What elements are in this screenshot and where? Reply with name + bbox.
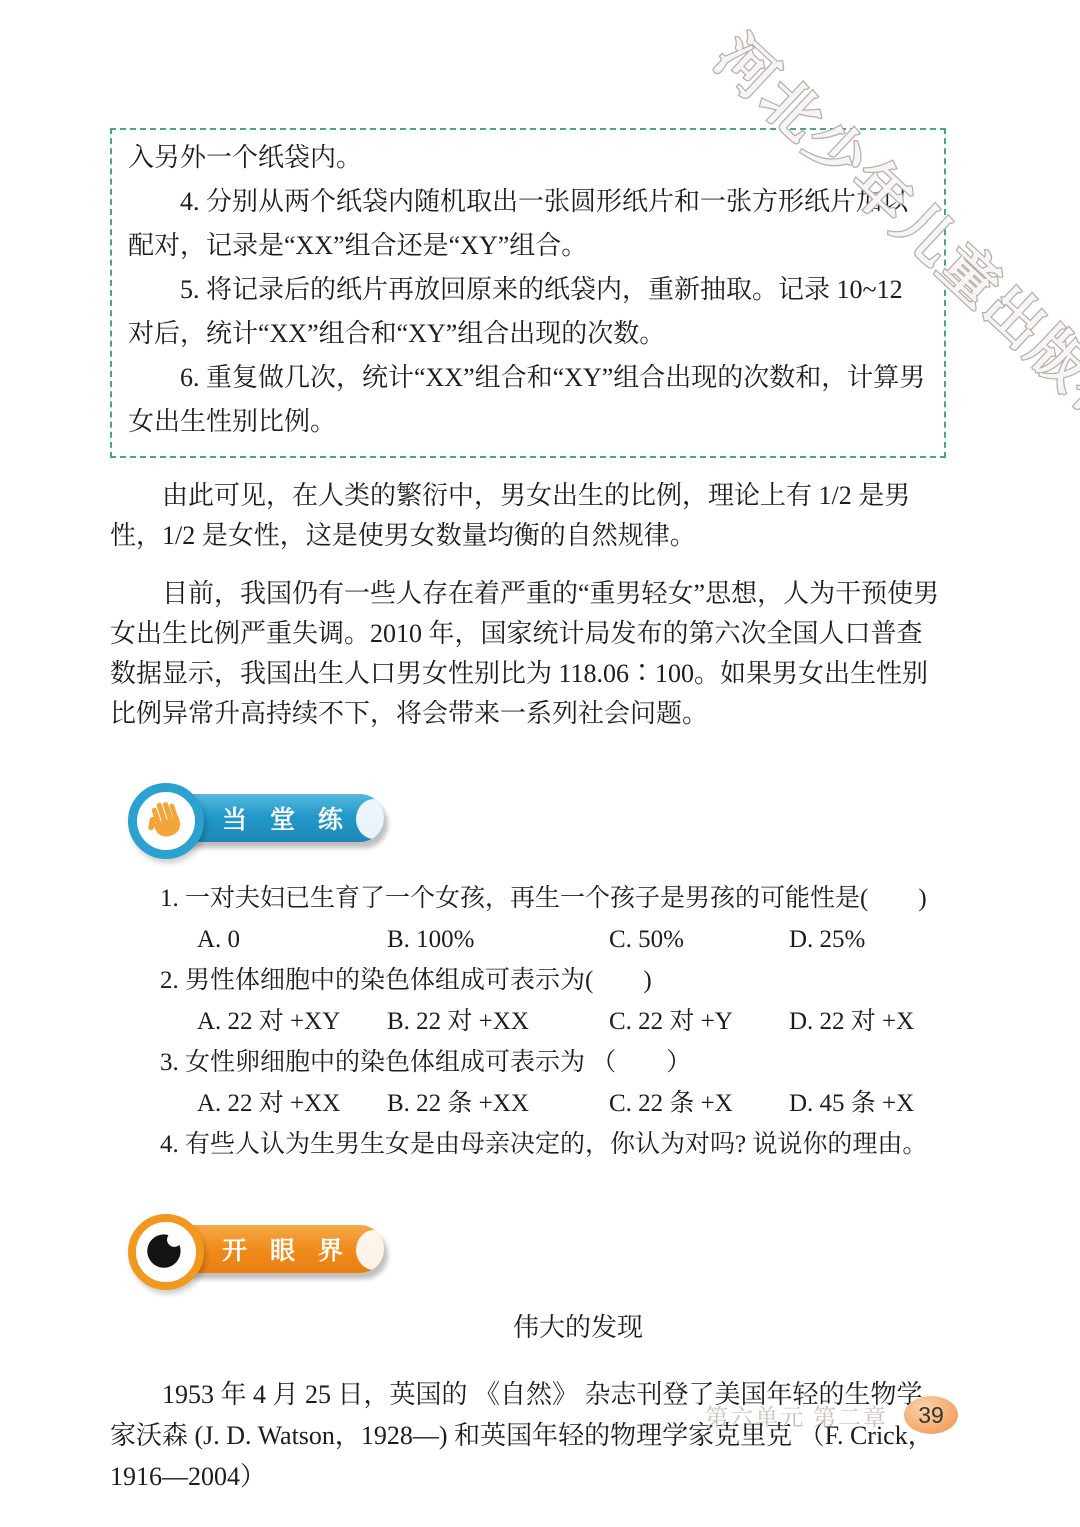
question-3: 3. 女性卵细胞中的染色体组成可表示为 （ ） bbox=[160, 1042, 946, 1083]
option-b: B. 22 条 +XX bbox=[387, 1083, 609, 1124]
page-content: 入另外一个纸袋内。 4. 分别从两个纸袋内随机取出一张圆形纸片和一张方形纸片加以… bbox=[110, 128, 946, 1497]
experiment-step-continuation: 入另外一个纸袋内。 bbox=[128, 136, 928, 180]
footer-chapter-label: 第六单元 第二章 bbox=[705, 1399, 888, 1432]
option-b: B. 100% bbox=[387, 919, 609, 960]
question-2-options: A. 22 对 +XY B. 22 对 +XX C. 22 对 +Y D. 22… bbox=[197, 1001, 946, 1042]
question-1: 1. 一对夫妇已生育了一个女孩，再生一个孩子是男孩的可能性是( ) bbox=[160, 878, 946, 919]
pill-highlight bbox=[356, 799, 384, 839]
article-title: 伟大的发现 bbox=[210, 1307, 946, 1344]
option-c: C. 50% bbox=[609, 919, 789, 960]
option-c: C. 22 对 +Y bbox=[609, 1001, 789, 1042]
hand-icon bbox=[143, 796, 189, 847]
practice-banner-label: 当 堂 练 bbox=[222, 800, 351, 836]
option-d: D. 25% bbox=[789, 919, 946, 960]
option-d: D. 45 条 +X bbox=[789, 1083, 946, 1124]
option-b: B. 22 对 +XX bbox=[387, 1001, 609, 1042]
paragraph-census-data: 目前，我国仍有一些人存在着严重的“重男轻女”思想，人为干预使男女出生比例严重失调… bbox=[110, 574, 946, 734]
option-a: A. 22 对 +XY bbox=[197, 1001, 387, 1042]
experiment-step-5: 5. 将记录后的纸片再放回原来的纸袋内，重新抽取。记录 10~12 对后，统计“… bbox=[128, 268, 928, 356]
practice-questions: 1. 一对夫妇已生育了一个女孩，再生一个孩子是男孩的可能性是( ) A. 0 B… bbox=[160, 878, 946, 1165]
paragraph-sex-ratio-theory: 由此可见，在人类的繁衍中，男女出生的比例，理论上有 1/2 是男性，1/2 是女… bbox=[110, 476, 946, 556]
option-c: C. 22 条 +X bbox=[609, 1083, 789, 1124]
experiment-step-4: 4. 分别从两个纸袋内随机取出一张圆形纸片和一张方形纸片加以配对，记录是“XX”… bbox=[128, 180, 928, 268]
option-a: A. 0 bbox=[197, 919, 387, 960]
experiment-steps-box: 入另外一个纸袋内。 4. 分别从两个纸袋内随机取出一张圆形纸片和一张方形纸片加以… bbox=[110, 128, 946, 458]
question-1-options: A. 0 B. 100% C. 50% D. 25% bbox=[197, 919, 946, 960]
page-number-badge: 39 bbox=[904, 1396, 958, 1434]
question-4: 4. 有些人认为生男生女是由母亲决定的，你认为对吗? 说说你的理由。 bbox=[160, 1124, 946, 1165]
pill-highlight bbox=[356, 1230, 384, 1270]
practice-section-banner: 当 堂 练 bbox=[128, 780, 946, 862]
option-d: D. 22 对 +X bbox=[789, 1001, 946, 1042]
option-a: A. 22 对 +XX bbox=[197, 1083, 387, 1124]
practice-badge bbox=[128, 783, 204, 859]
page-footer: 第六单元 第二章 39 bbox=[705, 1396, 958, 1434]
page-number: 39 bbox=[918, 1402, 944, 1429]
question-2: 2. 男性体细胞中的染色体组成可表示为( ) bbox=[160, 960, 946, 1001]
eye-opener-section-banner: 开 眼 界 bbox=[128, 1211, 946, 1293]
eye-icon bbox=[141, 1225, 191, 1280]
experiment-step-6: 6. 重复做几次，统计“XX”组合和“XY”组合出现的次数和，计算男女出生性别比… bbox=[128, 356, 928, 444]
eye-opener-badge bbox=[128, 1214, 204, 1290]
question-3-options: A. 22 对 +XX B. 22 条 +XX C. 22 条 +X D. 45… bbox=[197, 1083, 946, 1124]
article-paragraph: 1953 年 4 月 25 日，英国的 《自然》 杂志刊登了美国年轻的生物学家沃… bbox=[110, 1374, 946, 1497]
eye-opener-banner-label: 开 眼 界 bbox=[222, 1231, 351, 1267]
